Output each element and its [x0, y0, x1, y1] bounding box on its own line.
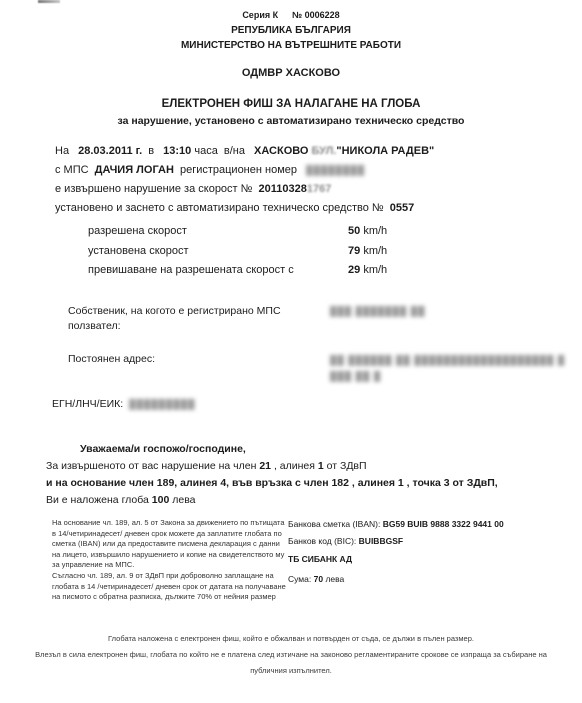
incident-street-blurred: БУЛ. [312, 145, 337, 157]
series-number: № 0006228 [292, 10, 340, 20]
decision-line1: За извършеното от вас нарушение на член … [46, 460, 367, 472]
reg-number-redacted: ████████ [306, 165, 365, 175]
on-label: На [55, 145, 69, 157]
iban-line: Банкова сметка (IBAN): BG59 BUIB 9888 33… [288, 519, 504, 529]
incident-time: 13:10 [163, 145, 191, 157]
speed-unit: km/h [363, 225, 387, 237]
decision-line2: и на основание член 189, алинея 4, във в… [46, 477, 498, 489]
reg-label: регистрационен номер [180, 164, 297, 176]
document-title: ЕЛЕКТРОНЕН ФИШ ЗА НАЛАГАНЕ НА ГЛОБА [0, 98, 582, 110]
owner-name-redacted: ███ ███████ ██ [330, 306, 426, 316]
owner-label-line2: ползвател: [68, 320, 121, 332]
speed-label-excess: превишаване на разрешената скорост с [88, 264, 294, 276]
footer-line1: Глобата наложена с електронен фиш, който… [20, 634, 562, 643]
sum-line: Сума: 70 лева [288, 574, 344, 584]
speed-unit: km/h [363, 264, 387, 276]
address-redacted-line2: ███ ██ █ [330, 371, 381, 381]
sum-unit: лева [325, 574, 344, 584]
bic-label: Банков код (BIC): [288, 536, 356, 546]
document-page: Серия К№ 0006228 РЕПУБЛИКА БЪЛГАРИЯ МИНИ… [0, 0, 582, 703]
violation-label: е извършено нарушение за скорост № [55, 183, 252, 195]
scan-artifact [38, 0, 60, 3]
speed-label-allowed: разрешена скорост [88, 225, 187, 237]
legal-paragraph-1: На основание чл. 189, ал. 5 от Закона за… [52, 518, 288, 571]
sum-value: 70 [314, 574, 323, 584]
series-line: Серия К№ 0006228 [0, 10, 582, 20]
ministry-line: МИНИСТЕРСТВО НА ВЪТРЕШНИТЕ РАБОТИ [0, 40, 582, 51]
salutation: Уважаема/и госпожо/господине, [80, 443, 246, 455]
in-at-label: в/на [224, 145, 245, 157]
speed-unit: km/h [363, 245, 387, 257]
device-number: 0557 [390, 202, 414, 214]
id-label: ЕГН/ЛНЧ/ЕИК: [52, 398, 123, 410]
directorate-line: ОДМВР ХАСКОВО [0, 67, 582, 79]
violation-number: 20110328 [259, 183, 307, 195]
speed-value-measured: 79 km/h [348, 245, 387, 257]
speed-value-number: 50 [348, 225, 360, 237]
vehicle-prefix: с МПС [55, 164, 89, 176]
footer-line3: публичния изпълнител. [20, 666, 562, 675]
incident-line-device: установено и заснето с автоматизирано те… [55, 202, 414, 214]
id-line: ЕГН/ЛНЧ/ЕИК: █████████ [52, 398, 195, 410]
incident-line-violation: е извършено нарушение за скорост № 20110… [55, 183, 331, 195]
vehicle-model: ДАЧИЯ ЛОГАН [95, 164, 174, 176]
speed-value-number: 79 [348, 245, 360, 257]
speed-value-allowed: 50 km/h [348, 225, 387, 237]
bic-line: Банков код (BIC): BUIBBGSF [288, 536, 403, 546]
speed-value-excess: 29 km/h [348, 264, 387, 276]
incident-date: 28.03.2011 г. [78, 145, 142, 157]
address-label: Постоянен адрес: [68, 353, 155, 365]
article-number: 21 [259, 460, 271, 472]
series-label: Серия К [242, 10, 278, 20]
id-redacted: █████████ [129, 399, 195, 409]
footer-line2: Влезъл в сила електронен фиш, глобата по… [20, 650, 562, 659]
speed-value-number: 29 [348, 264, 360, 276]
address-redacted-line1: ██ ██████ ██ ███████████████████ █ [330, 355, 565, 365]
bic-value: BUIBBGSF [359, 536, 403, 546]
at-label: в [148, 145, 154, 157]
incident-street: "НИКОЛА РАДЕВ" [336, 145, 434, 157]
incident-line-vehicle: с МПС ДАЧИЯ ЛОГАН регистрационен номер █… [55, 164, 365, 176]
legal-paragraph-2: Съгласно чл. 189, ал. 9 от ЗДвП при добр… [52, 571, 288, 603]
owner-label-line1: Собственик, на когото е регистрирано МПС [68, 305, 281, 317]
iban-label: Банкова сметка (IBAN): [288, 519, 380, 529]
decision-line3-post: лева [172, 494, 195, 506]
fine-amount: 100 [152, 494, 170, 506]
decision-line1-pre: За извършеното от вас нарушение на член [46, 460, 256, 472]
legal-notes: На основание чл. 189, ал. 5 от Закона за… [52, 518, 288, 603]
decision-line3: Ви е наложена глоба 100 лева [46, 494, 196, 506]
paragraph-number: 1 [318, 460, 324, 472]
device-label: установено и заснето с автоматизирано те… [55, 202, 384, 214]
republic-line: РЕПУБЛИКА БЪЛГАРИЯ [0, 25, 582, 36]
bank-name: ТБ СИБАНК АД [288, 554, 352, 564]
sum-label: Сума: [288, 574, 311, 584]
iban-value: BG59 BUIB 9888 3322 9441 00 [383, 519, 504, 529]
document-subtitle: за нарушение, установено с автоматизиран… [0, 115, 582, 127]
decision-line1-post: от ЗДвП [327, 460, 367, 472]
speed-label-measured: установена скорост [88, 245, 189, 257]
decision-line1-mid: , алинея [274, 460, 315, 472]
decision-line3-pre: Ви е наложена глоба [46, 494, 149, 506]
incident-line-datetime: На 28.03.2011 г. в 13:10 часа в/на ХАСКО… [55, 145, 434, 157]
incident-city: ХАСКОВО [254, 145, 308, 157]
hours-label: часа [194, 145, 217, 157]
violation-number-blurred: 1767 [307, 183, 331, 195]
